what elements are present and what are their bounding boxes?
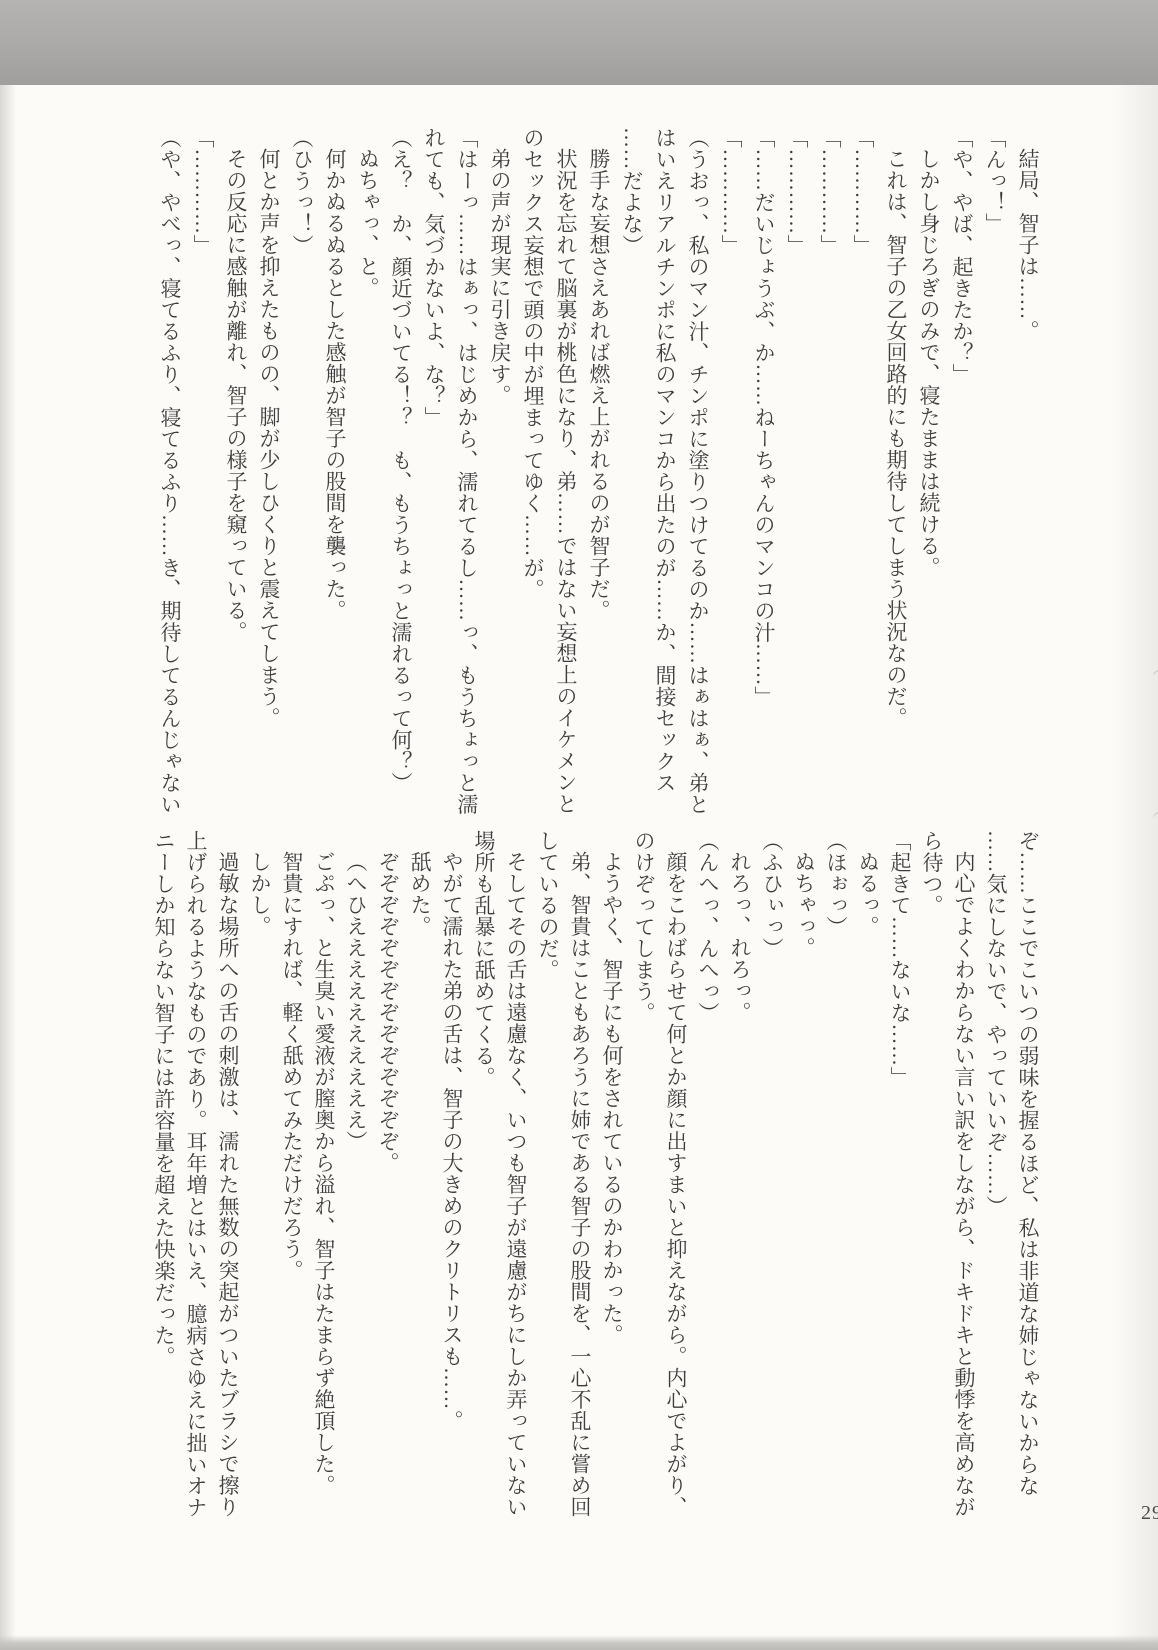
text-column: ぞ……ここでこいつの弱味を握るほど、私は非道な姉じゃないからな: [1012, 830, 1044, 1536]
text-column: 何かぬるぬるとした感触が智子の股間を襲った。: [318, 127, 351, 851]
text-column: （うおっ、私のマン汁、チンポに塗りつけてるのか……はぁはぁ、弟と: [681, 127, 714, 851]
text-column: 「…………」: [846, 127, 879, 851]
text-column: 智貴にすれば、軽く舐めてみただけだろう。: [276, 830, 308, 1536]
text-column: 「…………」: [780, 127, 813, 851]
text-column: しているのだ。: [532, 830, 564, 1536]
lower-text-block: ぞ……ここでこいつの弱味を握るほど、私は非道な姉じゃないからな……気にしないで、…: [148, 830, 1044, 1536]
text-column: 「はーっ……はぁっ、はじめから、濡れてるし……っ、もうちょっと濡: [450, 127, 483, 851]
text-column: 過敏な場所への舌の刺激は、濡れた無数の突起がついたブラシで擦り: [212, 830, 244, 1536]
text-column: ぬちゃっ。: [788, 830, 820, 1536]
text-column: これは、智子の乙女回路的にも期待してしまう状況なのだ。: [879, 127, 912, 851]
text-column: ようやく、智子にも何をされているのかわかった。: [596, 830, 628, 1536]
text-column: 「…………」: [186, 127, 219, 851]
text-column: ……だよな）: [615, 127, 648, 851]
text-column: 「……だいじょうぶ、か……ねーちゃんのマンコの汁……」: [747, 127, 780, 851]
text-column: 上げられるようなものであり。耳年増とはいえ、臆病さゆえに拙いオナ: [180, 830, 212, 1536]
text-column: 何とか声を抑えたものの、脚が少しひくりと震えてしまう。: [252, 127, 285, 851]
scan-bottom-edge: [0, 1635, 1158, 1650]
text-column: 「…………」: [813, 127, 846, 851]
text-column: のけぞってしまう。: [628, 830, 660, 1536]
text-column: （ふひぃっ）: [756, 830, 788, 1536]
upper-text-block: 結局、智子は……。「んっ！」「や、やば、起きたか？」しかし身じろぎのみで、寝たま…: [153, 127, 1044, 851]
text-column: ニーしか知らない智子には許容量を超えた快楽だった。: [148, 830, 180, 1536]
text-column: 「起きて……ないな……」: [884, 830, 916, 1536]
text-column: 勝手な妄想さえあれば燃え上がれるのが智子だ。: [582, 127, 615, 851]
text-column: 弟の声が現実に引き戻す。: [483, 127, 516, 851]
text-column: （ひうっ！）: [285, 127, 318, 851]
scan-left-edge: [0, 85, 16, 1650]
text-column: 状況を忘れて脳裏が桃色になり、弟……ではない妄想上のイケメンと: [549, 127, 582, 851]
page-background: 結局、智子は……。「んっ！」「や、やば、起きたか？」しかし身じろぎのみで、寝たま…: [0, 0, 1158, 1650]
text-column: 顔をこわばらせて何とか顔に出すまいと抑えながら。内心でよがり、: [660, 830, 692, 1536]
text-column: 「んっ！」: [978, 127, 1011, 851]
text-column: （え？ か、顔近づいてる！？ も、もうちょっと濡れるって何？）: [384, 127, 417, 851]
scan-top-band: [0, 0, 1158, 85]
text-column: はいえリアルチンポに私のマンコから出たのが……か、間接セックス: [648, 127, 681, 851]
text-column: （んへっ、んへっ）: [692, 830, 724, 1536]
text-column: ……気にしないで、やっていいぞ……）: [980, 830, 1012, 1536]
text-column: ごぷっ、と生臭い愛液が膣奥から溢れ、智子はたまらず絶頂した。: [308, 830, 340, 1536]
text-column: そしてその舌は遠慮なく、いつも智子が遠慮がちにしか弄っていない: [500, 830, 532, 1536]
text-column: 結局、智子は……。: [1011, 127, 1044, 851]
text-column: 内心でよくわからない言い訳をしながら、ドキドキと動悸を高めなが: [948, 830, 980, 1536]
text-column: 「…………」: [714, 127, 747, 851]
text-column: れろっ、れろっ。: [724, 830, 756, 1536]
text-column: 弟、智貴はこともあろうに姉である智子の股間を、一心不乱に嘗め回: [564, 830, 596, 1536]
text-column: しかし。: [244, 830, 276, 1536]
text-column: その反応に感触が離れ、智子の様子を窺っている。: [219, 127, 252, 851]
text-column: 場所も乱暴に舐めてくる。: [468, 830, 500, 1536]
text-column: ぬるっ。: [852, 830, 884, 1536]
page-edge-bleed-mark: （: [1147, 655, 1158, 676]
page-number: 29: [1141, 1502, 1158, 1525]
text-column: しかし身じろぎのみで、寝たままは続ける。: [912, 127, 945, 851]
text-column: ら待つ。: [916, 830, 948, 1536]
text-column: 舐めた。: [404, 830, 436, 1536]
text-column: 「や、やば、起きたか？」: [945, 127, 978, 851]
scanned-page: { "page": { "number": "29" }, "colors": …: [0, 0, 1158, 1650]
text-column: ぞぞぞぞぞぞぞぞぞぞぞぞぞぞ。: [372, 830, 404, 1536]
text-column: ぬちゃっ、と。: [351, 127, 384, 851]
text-column: （や、やべっ、寝てるふり、寝てるふり……き、期待してるんじゃない: [153, 127, 186, 851]
page-edge-bleed-mark: （: [1147, 797, 1158, 818]
text-column: （へひええええええええええ）: [340, 830, 372, 1536]
text-column: （ほぉっ）: [820, 830, 852, 1536]
text-column: れても、気づかないよ、な？」: [417, 127, 450, 851]
scan-right-edge: [1112, 85, 1158, 1650]
text-column: やがて濡れた弟の舌は、智子の大きめのクリトリスも……。: [436, 830, 468, 1536]
text-column: のセックス妄想で頭の中が埋まってゆく……が。: [516, 127, 549, 851]
